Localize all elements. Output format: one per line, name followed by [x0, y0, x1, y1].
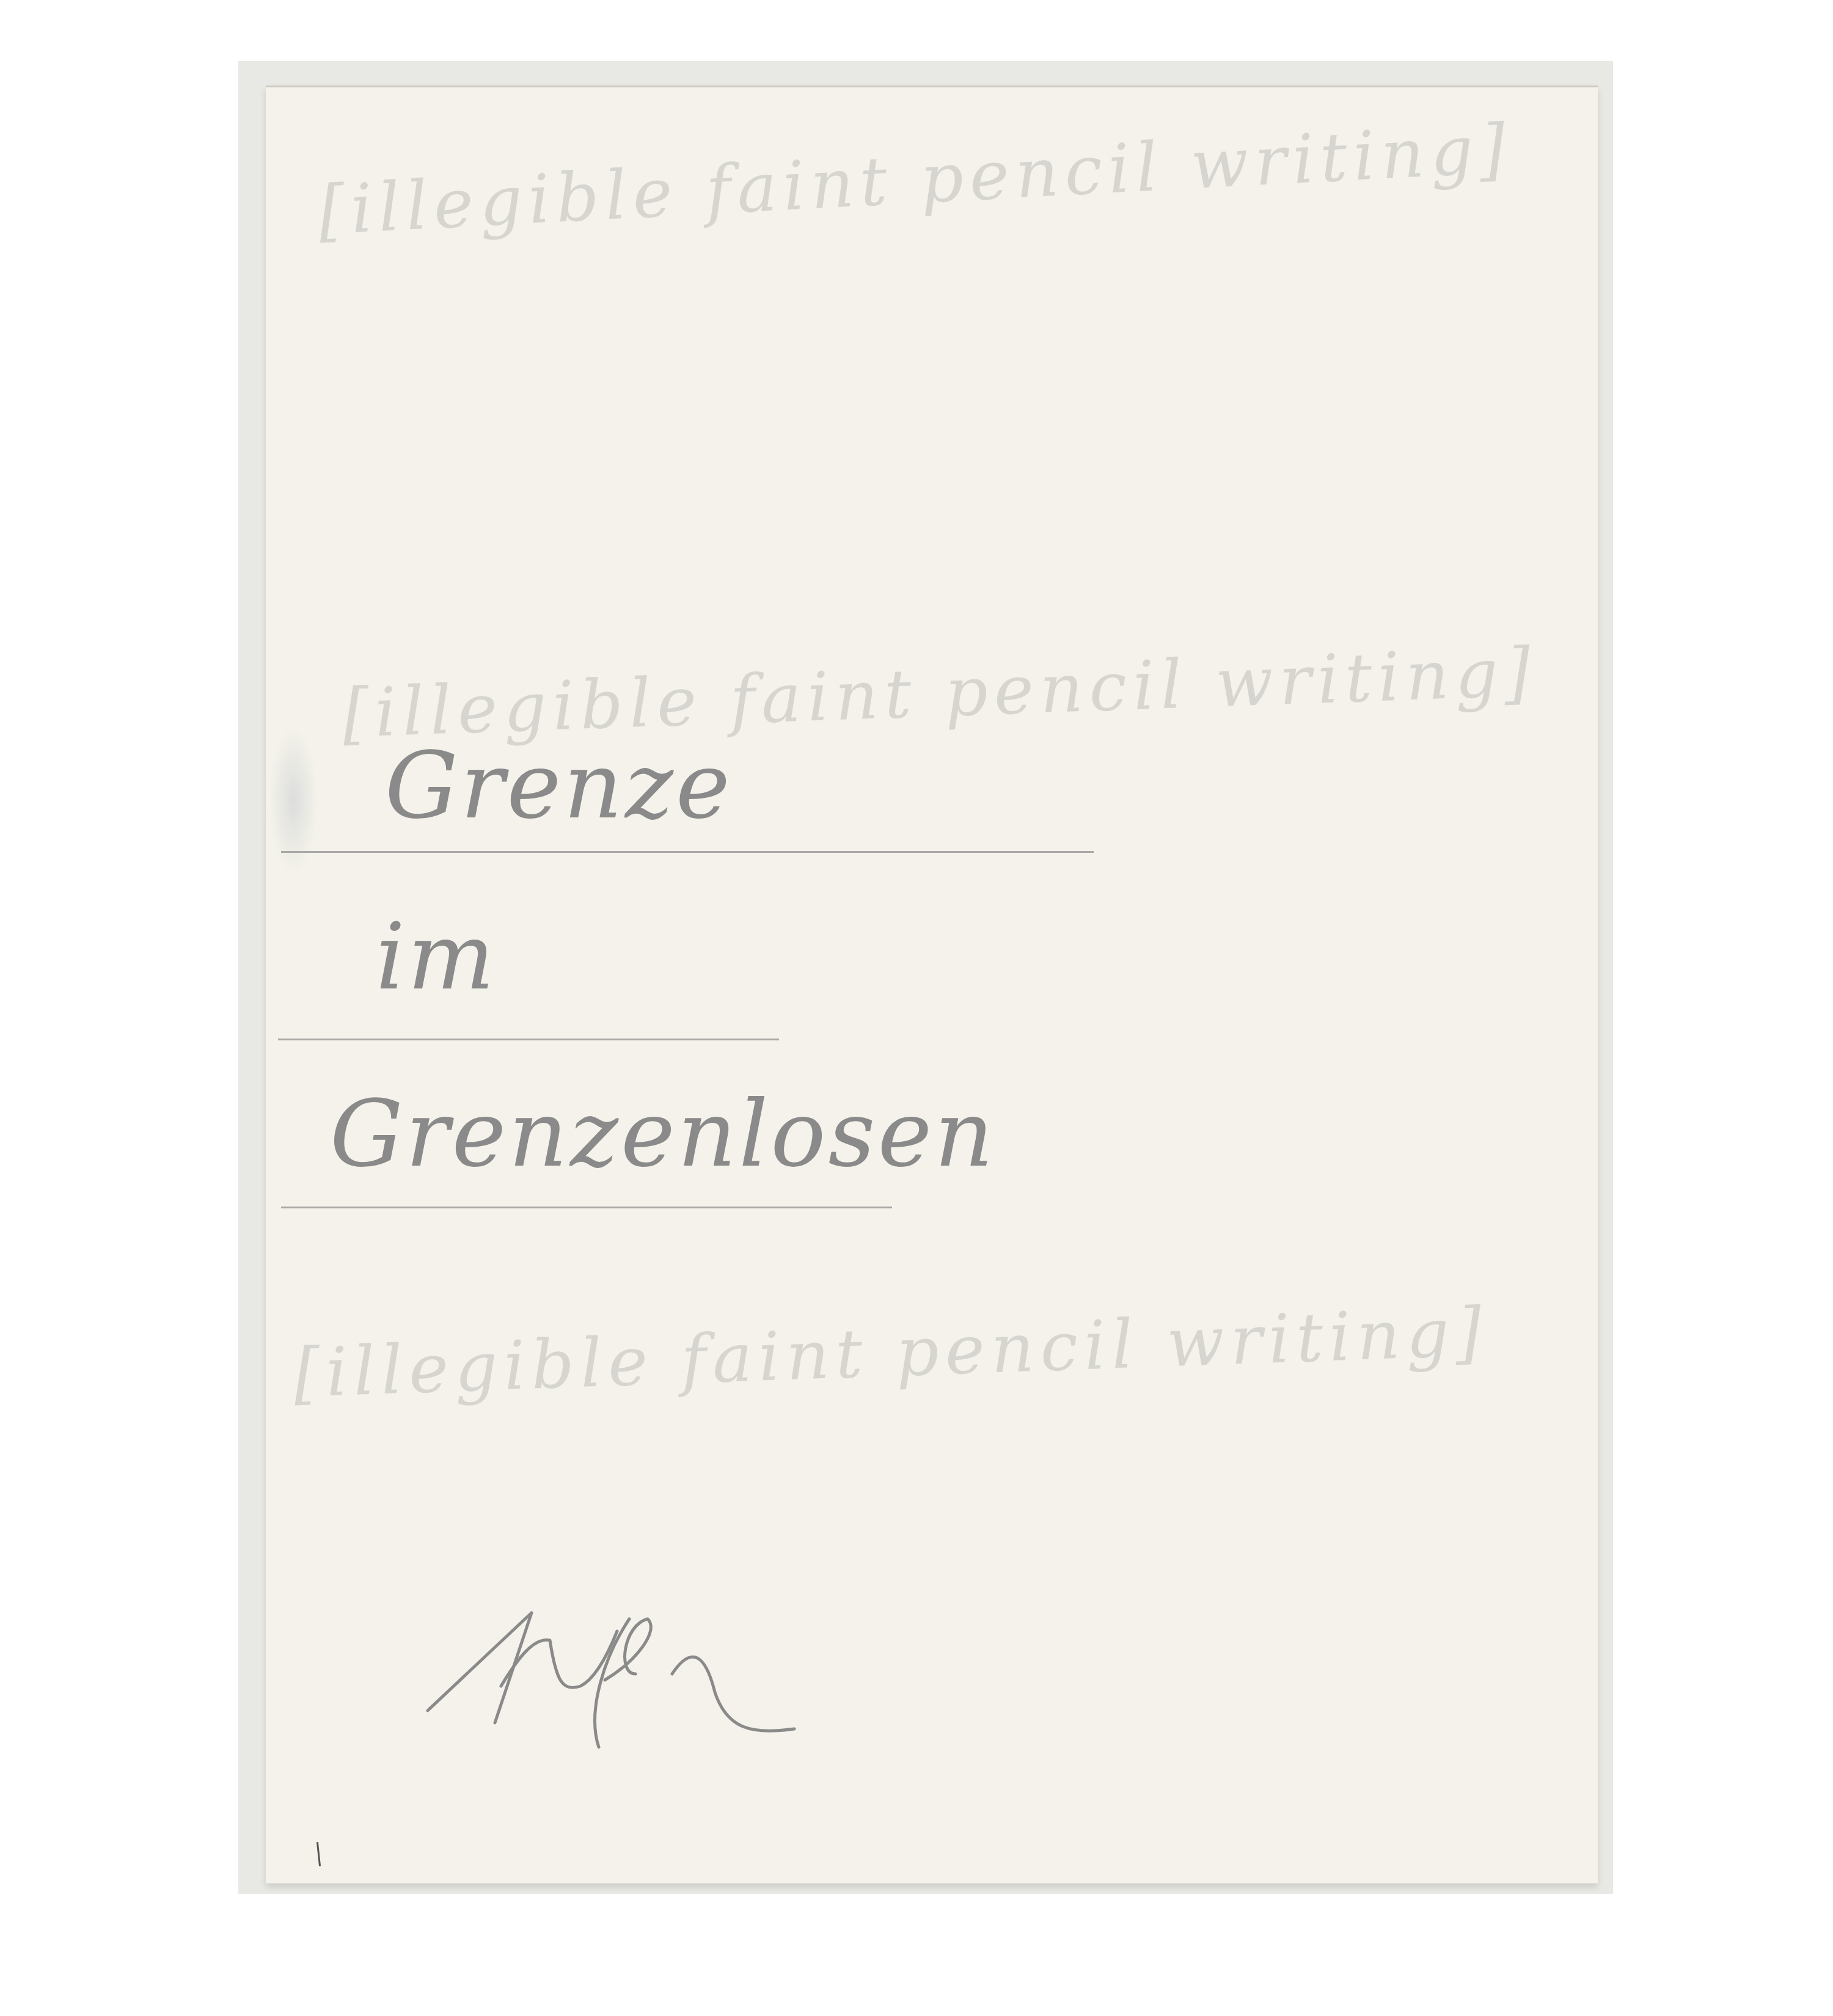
underline-1 — [281, 851, 1094, 853]
handwritten-word-im: im — [376, 904, 497, 1010]
signature-mark — [403, 1588, 831, 1759]
underline-3 — [281, 1207, 892, 1208]
handwritten-word-grenzenlosen: Grenzenlosen — [330, 1081, 996, 1188]
handwritten-word-grenze: Grenze — [385, 733, 733, 839]
underline-2 — [278, 1039, 779, 1040]
